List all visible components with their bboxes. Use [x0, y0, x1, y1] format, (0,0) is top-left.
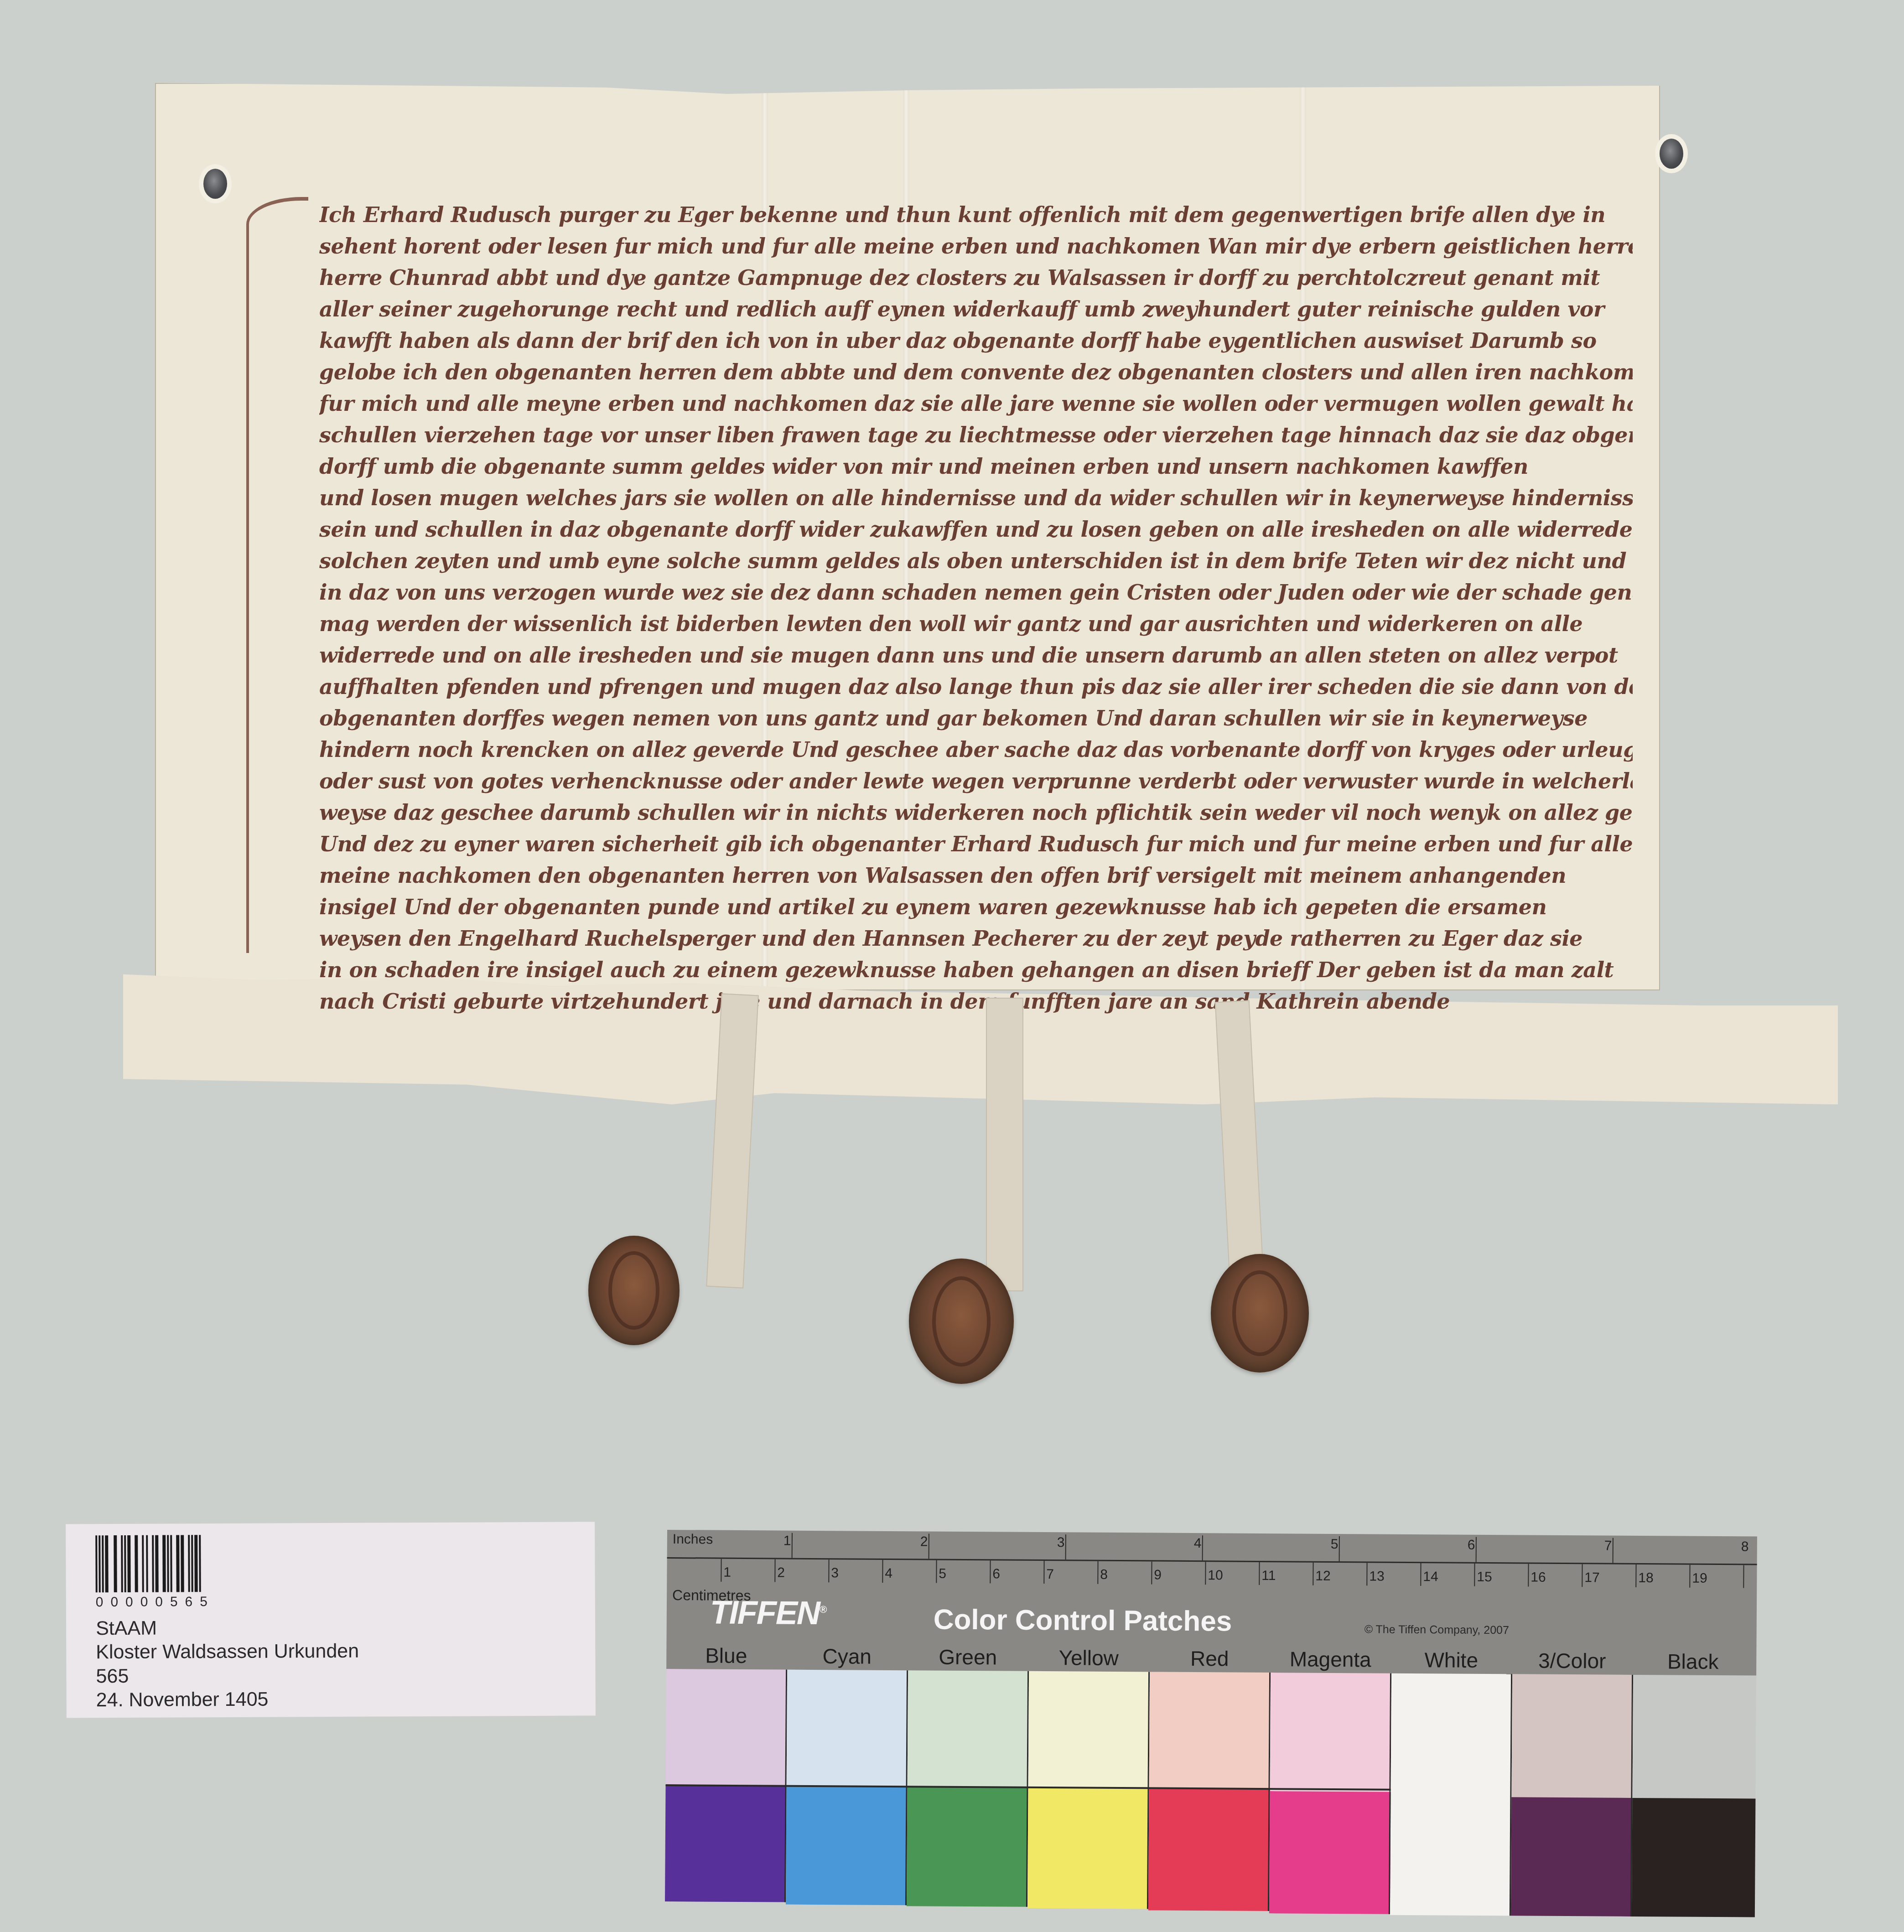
- patch-green-dark: [907, 1787, 1028, 1907]
- copyright-text: © The Tiffen Company, 2007: [1364, 1623, 1509, 1637]
- barcode-number: 0 0 0 0 0 5 6 5: [96, 1594, 208, 1610]
- mounting-hole-icon: [203, 169, 227, 199]
- cm-tick-label: 12: [1315, 1569, 1331, 1583]
- cm-tick-label: 16: [1530, 1571, 1546, 1585]
- text-line: widerrede und on alle iresheden und sie …: [319, 640, 1633, 671]
- cm-tick-label: 15: [1477, 1570, 1492, 1584]
- chart-title: Color Control Patches: [934, 1604, 1232, 1638]
- cm-tick-label: 8: [1100, 1568, 1108, 1582]
- inch-tick-label: 5: [1331, 1538, 1339, 1551]
- barcode-digit: 0: [125, 1595, 133, 1610]
- text-line: meine nachkomen den obgenanten herren vo…: [319, 860, 1633, 891]
- cm-tick-label: 6: [992, 1567, 1000, 1581]
- inch-tick-label: 2: [920, 1535, 928, 1549]
- inch-tick-label: 1: [783, 1534, 791, 1548]
- patch-yellow-dark: [1027, 1787, 1149, 1909]
- text-line: sein und schullen in daz obgenante dorff…: [319, 514, 1633, 545]
- text-line: aller seiner zugehorunge recht und redli…: [319, 294, 1633, 325]
- cm-tick-label: 4: [885, 1567, 892, 1580]
- cm-tick-label: 11: [1261, 1569, 1276, 1583]
- patch-red-light: [1149, 1672, 1271, 1789]
- cm-tick-label: 10: [1208, 1569, 1223, 1582]
- text-line: auffhalten pfenden und pfrengen und muge…: [319, 671, 1633, 703]
- patch-label-white: White: [1391, 1647, 1511, 1673]
- cm-tick-label: 3: [831, 1566, 839, 1580]
- wax-seal-3-icon: [1211, 1254, 1309, 1373]
- patch-black-light: [1632, 1675, 1756, 1799]
- color-control-chart: Inches 1 2 3 4 5 6 7 8 1 2 3 4 5 6 7 8 9…: [665, 1530, 1757, 1920]
- cm-tick-label: 1: [723, 1566, 731, 1580]
- inch-tick-label: 3: [1057, 1536, 1065, 1549]
- charter-parchment: Ich Erhard Rudusch purger zu Eger bekenn…: [155, 83, 1660, 1041]
- patch-red-dark: [1148, 1788, 1270, 1911]
- cm-tick-label: 7: [1046, 1568, 1054, 1581]
- cm-tick-label: 13: [1369, 1569, 1385, 1583]
- barcode-icon: [95, 1535, 205, 1592]
- patch-label-magenta: Magenta: [1271, 1647, 1390, 1672]
- text-line: insigel Und der obgenanten punde und art…: [319, 891, 1633, 923]
- text-line: hindern noch krencken on allez geverde U…: [319, 734, 1633, 766]
- text-line: sehent horent oder lesen fur mich und fu…: [319, 231, 1633, 262]
- text-line: dorff umb die obgenante summ geldes wide…: [319, 451, 1633, 482]
- text-line: kawfft haben als dann der brif den ich v…: [319, 325, 1633, 357]
- cm-tick-label: 17: [1584, 1571, 1600, 1585]
- charter-text: Ich Erhard Rudusch purger zu Eger bekenn…: [319, 199, 1633, 1017]
- inch-tick-label: 6: [1468, 1538, 1475, 1552]
- catalog-label: 0 0 0 0 0 5 6 5 StAAM Kloster Waldsassen…: [66, 1522, 596, 1718]
- cm-tick-label: 2: [777, 1566, 785, 1580]
- text-line: weysen den Engelhard Ruchelsperger und d…: [319, 923, 1633, 954]
- patch-3color-light: [1511, 1674, 1633, 1798]
- patch-label-yellow: Yellow: [1029, 1645, 1148, 1671]
- text-line: Und dez zu eyner waren sicherheit gib ic…: [319, 829, 1633, 860]
- cm-tick-label: 18: [1638, 1571, 1654, 1585]
- decorated-initial-i: [246, 197, 308, 953]
- document-date: 24. November 1405: [96, 1690, 269, 1710]
- cm-tick-label: 5: [939, 1567, 946, 1581]
- text-line: fur mich und alle meyne erben und nachko…: [319, 388, 1633, 420]
- text-line: herre Chunrad abbt und dye gantze Gampnu…: [319, 262, 1633, 294]
- barcode-digit: 0: [96, 1595, 104, 1610]
- patch-white: [1390, 1673, 1512, 1916]
- text-line: Ich Erhard Rudusch purger zu Eger bekenn…: [319, 199, 1633, 231]
- inches-label: Inches: [673, 1532, 713, 1548]
- cm-tick-label: 19: [1692, 1572, 1707, 1585]
- cm-tick-label: 14: [1423, 1570, 1438, 1584]
- text-line: nach Cristi geburte virtzehundert jare u…: [319, 986, 1633, 1017]
- patch-3color-dark: [1511, 1797, 1633, 1916]
- patch-yellow-light: [1028, 1671, 1150, 1788]
- ruler-baseline: [667, 1557, 1757, 1565]
- barcode-digit: 5: [170, 1594, 178, 1610]
- inch-tick-label: 8: [1741, 1540, 1749, 1554]
- text-line: mag werden der wissenlich ist biderben l…: [319, 608, 1633, 640]
- inch-tick-label: 7: [1604, 1539, 1612, 1553]
- patch-black-dark: [1632, 1798, 1756, 1917]
- text-line: oder sust von gotes verhencknusse oder a…: [319, 766, 1633, 797]
- barcode-digit: 0: [140, 1595, 148, 1610]
- patch-blue-dark: [665, 1785, 787, 1902]
- patch-label-green: Green: [908, 1644, 1027, 1670]
- wax-seal-1-icon: [588, 1236, 680, 1345]
- barcode-digit: 0: [155, 1595, 163, 1610]
- patch-label-cyan: Cyan: [787, 1644, 907, 1669]
- inch-tick-label: 4: [1194, 1537, 1202, 1550]
- text-line: obgenanten dorffes wegen nemen von uns g…: [319, 703, 1633, 734]
- patch-magenta-dark: [1269, 1791, 1391, 1914]
- document-number: 565: [96, 1667, 129, 1686]
- mounting-hole-icon: [1660, 139, 1683, 169]
- patch-magenta-light: [1270, 1673, 1392, 1792]
- barcode-digit: 5: [200, 1594, 208, 1610]
- patch-label-3color: 3/Color: [1512, 1648, 1632, 1673]
- patch-green-light: [908, 1670, 1029, 1787]
- color-patches: [665, 1669, 1756, 1917]
- text-line: und losen mugen welches jars sie wollen …: [319, 482, 1633, 514]
- text-line: solchen zeyten und umb eyne solche summ …: [319, 545, 1633, 577]
- collection-name: Kloster Waldsassen Urkunden: [96, 1642, 359, 1663]
- patch-cyan-dark: [786, 1786, 908, 1906]
- patch-label-red: Red: [1150, 1646, 1269, 1671]
- text-line: schullen vierzehen tage vor unser liben …: [319, 420, 1633, 451]
- patch-label-blue: Blue: [666, 1643, 786, 1668]
- text-line: weyse daz geschee darumb schullen wir in…: [319, 797, 1633, 829]
- patch-cyan-light: [787, 1670, 908, 1787]
- patch-label-black: Black: [1633, 1649, 1753, 1674]
- text-line: gelobe ich den obgenanten herren dem abb…: [319, 357, 1633, 388]
- barcode-digit: 6: [185, 1594, 192, 1610]
- text-line: in daz von uns verzogen wurde wez sie de…: [319, 577, 1633, 608]
- archive-name: StAAM: [96, 1619, 157, 1639]
- patch-blue-light: [666, 1669, 788, 1786]
- text-line: in on schaden ire insigel auch zu einem …: [319, 954, 1633, 986]
- chart-header: Inches 1 2 3 4 5 6 7 8 1 2 3 4 5 6 7 8 9…: [666, 1530, 1757, 1678]
- wax-seal-2-icon: [909, 1259, 1014, 1384]
- barcode-digit: 0: [110, 1595, 118, 1610]
- cm-tick-label: 9: [1154, 1569, 1162, 1582]
- seal-strip: [986, 998, 1023, 1291]
- tiffen-logo: TIFFEN®: [710, 1594, 826, 1632]
